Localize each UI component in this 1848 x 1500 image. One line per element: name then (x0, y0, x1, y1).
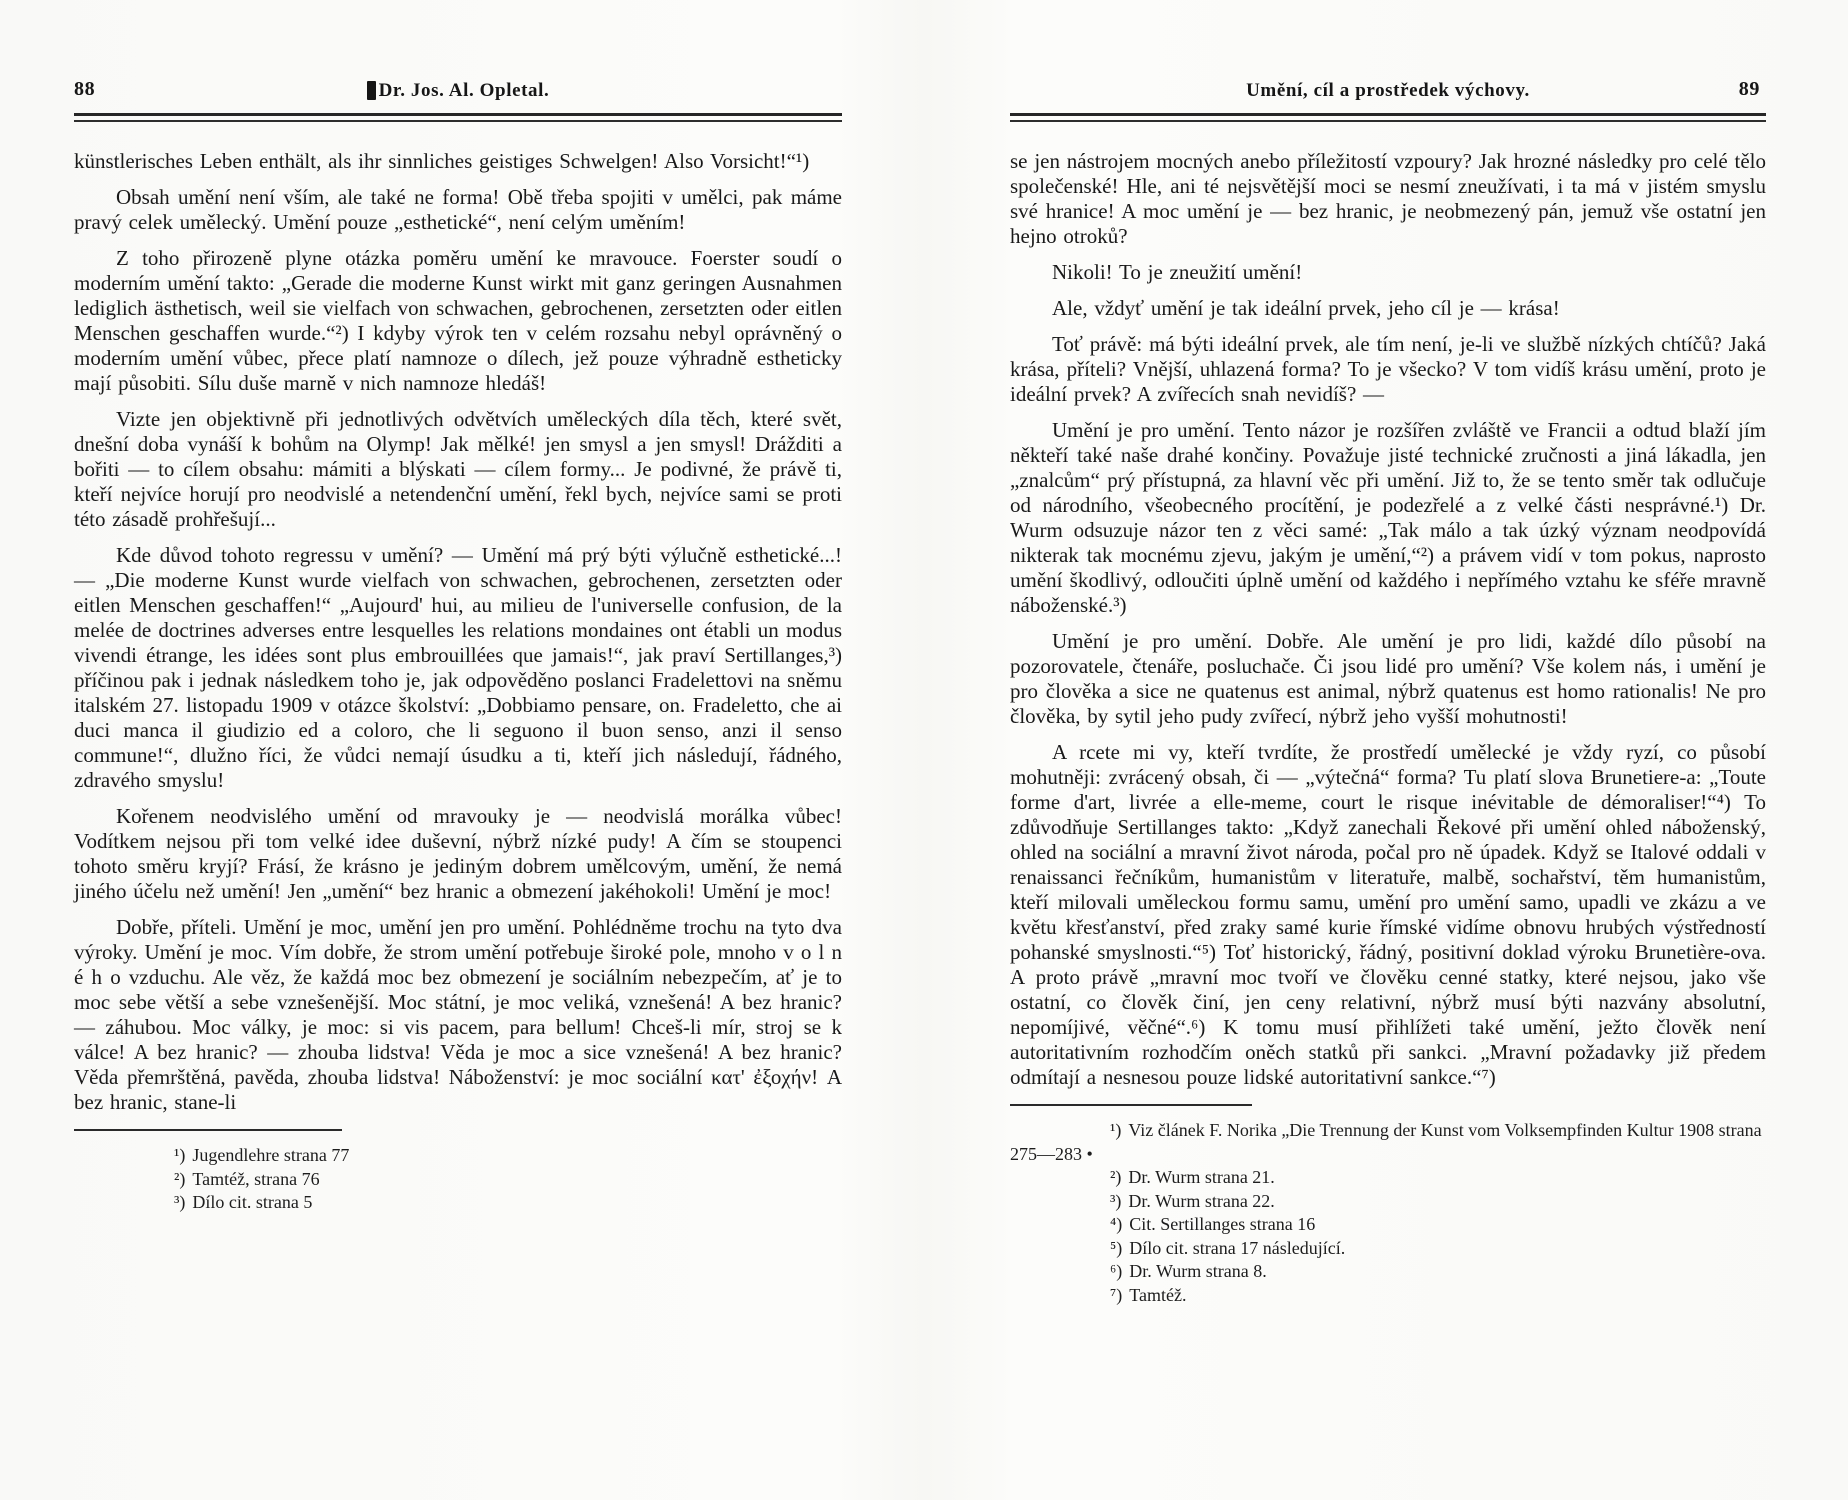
paragraph: Toť právě: má býti ideální prvek, ale tí… (1010, 332, 1766, 407)
header-rule-left (74, 113, 842, 122)
footnote-text: Dr. Wurm strana 8. (1129, 1261, 1266, 1281)
running-title-right: Umění, cíl a prostředek výchovy. (1010, 78, 1766, 102)
footnote: ¹)Viz článek F. Norika „Die Trennung der… (1010, 1119, 1766, 1166)
paragraph: künstlerisches Leben enthält, als ihr si… (74, 149, 842, 174)
footnote-text: Dílo cit. strana 17 následující. (1129, 1238, 1345, 1258)
paragraph: Umění je pro umění. Tento názor je rozší… (1010, 418, 1766, 618)
footnote-mark: ⁵) (1110, 1238, 1122, 1258)
footnote: ⁷)Tamtéž. (1010, 1284, 1766, 1308)
paragraph: Dobře, příteli. Umění je moc, umění jen … (74, 915, 842, 1115)
page-left: 88 Dr. Jos. Al. Opletal. künstlerisches … (74, 0, 842, 1500)
footnote: ⁴)Cit. Sertillanges strana 16 (1010, 1213, 1766, 1237)
footnotes-left: ¹)Jugendlehre strana 77 ²)Tamtéž, strana… (74, 1129, 842, 1215)
footnotes-right: ¹)Viz článek F. Norika „Die Trennung der… (1010, 1104, 1766, 1307)
footnote-mark: ³) (174, 1192, 185, 1212)
footnote: ³)Dílo cit. strana 5 (74, 1191, 842, 1215)
footnote-mark: ²) (1110, 1167, 1121, 1187)
page-number-left: 88 (74, 78, 95, 101)
footnote-text: Tamtéž, strana 76 (192, 1169, 319, 1189)
running-title-left: Dr. Jos. Al. Opletal. (74, 78, 842, 102)
paragraph: Z toho přirozeně plyne otázka poměru umě… (74, 246, 842, 396)
footnote-text: Viz článek F. Norika „Die Trennung der K… (1010, 1120, 1762, 1164)
footnote: ⁶)Dr. Wurm strana 8. (1010, 1260, 1766, 1284)
body-text-right: se jen nástrojem mocných anebo příležito… (1010, 149, 1766, 1090)
paragraph: Kde důvod tohoto regressu v umění? — Umě… (74, 543, 842, 793)
footnote-mark: ³) (1110, 1191, 1121, 1211)
header-rule-right (1010, 113, 1766, 122)
footnote-mark: ¹) (1110, 1120, 1121, 1140)
footnote: ²)Tamtéž, strana 76 (74, 1168, 842, 1192)
footnote-mark: ¹) (174, 1145, 185, 1165)
body-text-left: künstlerisches Leben enthält, als ihr si… (74, 149, 842, 1115)
paragraph: Ale, vždyť umění je tak ideální prvek, j… (1010, 296, 1766, 321)
paragraph: Kořenem neodvislého umění od mravouky je… (74, 804, 842, 904)
page-number-right: 89 (1739, 78, 1760, 101)
footnote-text: Dr. Wurm strana 22. (1128, 1191, 1274, 1211)
paragraph: A rcete mi vy, kteří tvrdíte, že prostře… (1010, 740, 1766, 1090)
footnote: ¹)Jugendlehre strana 77 (74, 1144, 842, 1168)
footnote-mark: ⁶) (1110, 1261, 1122, 1281)
page-right: Umění, cíl a prostředek výchovy. 89 se j… (1010, 0, 1766, 1500)
footnote: ²)Dr. Wurm strana 21. (1010, 1166, 1766, 1190)
book-spread: 88 Dr. Jos. Al. Opletal. künstlerisches … (0, 0, 1848, 1500)
footnote-mark: ⁴) (1110, 1214, 1122, 1234)
footnote-text: Cit. Sertillanges strana 16 (1129, 1214, 1315, 1234)
footnote-separator-right (1010, 1104, 1252, 1106)
paragraph: Obsah umění není vším, ale také ne forma… (74, 185, 842, 235)
footnote-text: Dílo cit. strana 5 (192, 1192, 312, 1212)
ink-smudge-artifact (367, 81, 376, 100)
footnote-separator-left (74, 1129, 342, 1131)
footnote-text: Jugendlehre strana 77 (192, 1145, 349, 1165)
running-title-left-text: Dr. Jos. Al. Opletal. (379, 80, 550, 101)
paragraph: Vizte jen objektivně při jednotlivých od… (74, 407, 842, 532)
footnote-mark: ²) (174, 1169, 185, 1189)
page-header-right: Umění, cíl a prostředek výchovy. 89 (1010, 78, 1766, 106)
footnote-text: Dr. Wurm strana 21. (1128, 1167, 1274, 1187)
footnote: ⁵)Dílo cit. strana 17 následující. (1010, 1237, 1766, 1261)
page-header-left: 88 Dr. Jos. Al. Opletal. (74, 78, 842, 106)
footnote-text: Tamtéž. (1129, 1285, 1186, 1305)
footnote: ³)Dr. Wurm strana 22. (1010, 1190, 1766, 1214)
paragraph: se jen nástrojem mocných anebo příležito… (1010, 149, 1766, 249)
footnote-mark: ⁷) (1110, 1285, 1122, 1305)
paragraph: Nikoli! To je zneužití umění! (1010, 260, 1766, 285)
paragraph: Umění je pro umění. Dobře. Ale umění je … (1010, 629, 1766, 729)
